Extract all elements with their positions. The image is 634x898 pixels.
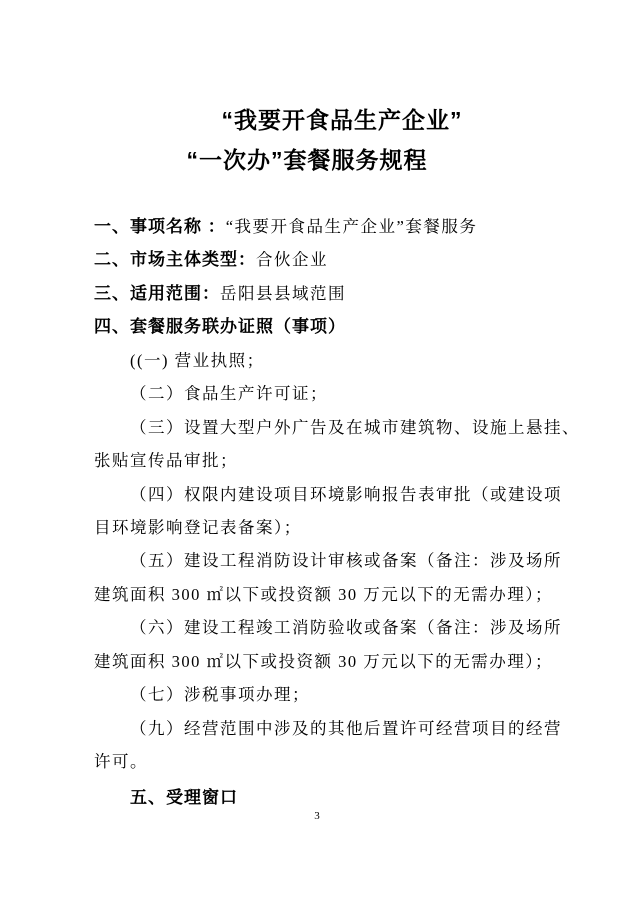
section-3-label: 三、适用范围：: [94, 284, 220, 303]
section-2-content: 合伙企业: [256, 250, 328, 269]
title-line-1: “我要开食品生产企业”: [0, 100, 634, 140]
section-heading-4: 四、套餐服务联办证照（事项）: [94, 310, 594, 343]
list-item-7-line-1: （七）涉税事项办理；: [94, 678, 594, 711]
section-2-label: 二、市场主体类型：: [94, 250, 256, 269]
list-item-4-line-2: 目环境影响登记表备案）；: [94, 511, 594, 544]
list-item-1-line-1: ((一) 营业执照；: [94, 344, 594, 377]
document-body: 一、事项名称 ：“我要开食品生产企业”套餐服务 二、市场主体类型：合伙企业 三、…: [94, 210, 594, 815]
list-item-8-line-2: 许可。: [94, 745, 594, 778]
document-page: “我要开食品生产企业” “一次办”套餐服务规程 一、事项名称 ：“我要开食品生产…: [0, 0, 634, 898]
page-number: 3: [0, 810, 634, 822]
list-item-4-line-1: （四）权限内建设项目环境影响报告表审批（或建设项: [94, 478, 594, 511]
list-item-5-line-1: （五）建设工程消防设计审核或备案（备注：涉及场所: [94, 544, 594, 577]
list-item-3-line-2: 张贴宣传品审批；: [94, 444, 594, 477]
section-heading-3: 三、适用范围：岳阳县县域范围: [94, 277, 594, 310]
list-item-6-line-2: 建筑面积 300 ㎡以下或投资额 30 万元以下的无需办理）；: [94, 645, 594, 678]
section-3-content: 岳阳县县域范围: [220, 284, 346, 303]
section-1-content: “我要开食品生产企业”套餐服务: [226, 217, 478, 236]
list-item-6-line-1: （六）建设工程竣工消防验收或备案（备注：涉及场所: [94, 611, 594, 644]
list-item-8-line-1: （九）经营范围中涉及的其他后置许可经营项目的经营: [94, 712, 594, 745]
list-item-2-line-1: （二）食品生产许可证；: [94, 377, 594, 410]
list-item-5-line-2: 建筑面积 300 ㎡以下或投资额 30 万元以下的无需办理）；: [94, 578, 594, 611]
list-item-3-line-1: （三）设置大型户外广告及在城市建筑物、设施上悬挂、: [94, 411, 594, 444]
title-line-2: “一次办”套餐服务规程: [0, 140, 634, 180]
section-heading-1: 一、事项名称 ：“我要开食品生产企业”套餐服务: [94, 210, 594, 243]
section-4-label: 四、套餐服务联办证照（事项）: [94, 317, 346, 336]
section-heading-2: 二、市场主体类型：合伙企业: [94, 243, 594, 276]
document-title: “我要开食品生产企业” “一次办”套餐服务规程: [0, 100, 634, 180]
section-1-label: 一、事项名称 ：: [94, 217, 226, 236]
